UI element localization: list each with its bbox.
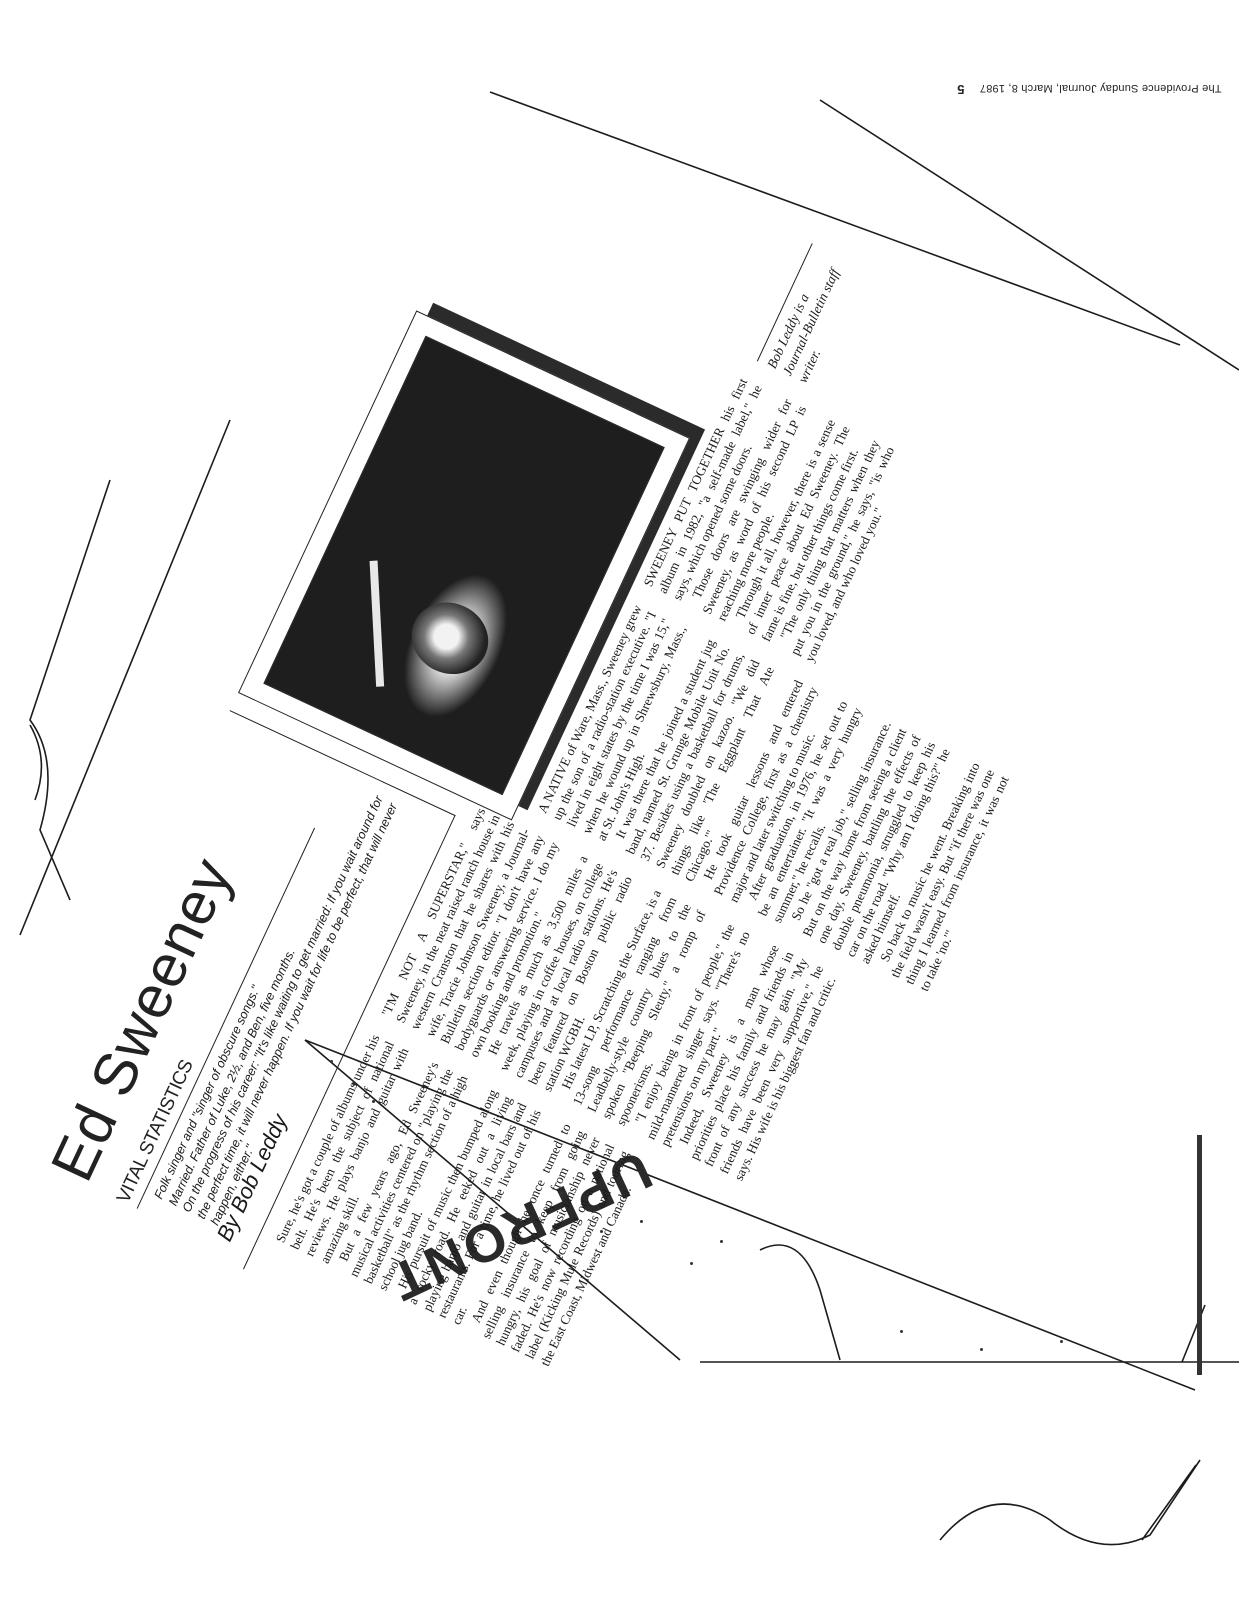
banjo-neck-shape [370, 561, 385, 687]
author-endnote: Bob Leddy is a Journal-Bulletin staff wr… [757, 243, 865, 385]
binding-edge-bar [1197, 1135, 1202, 1375]
face-shape [400, 590, 500, 686]
